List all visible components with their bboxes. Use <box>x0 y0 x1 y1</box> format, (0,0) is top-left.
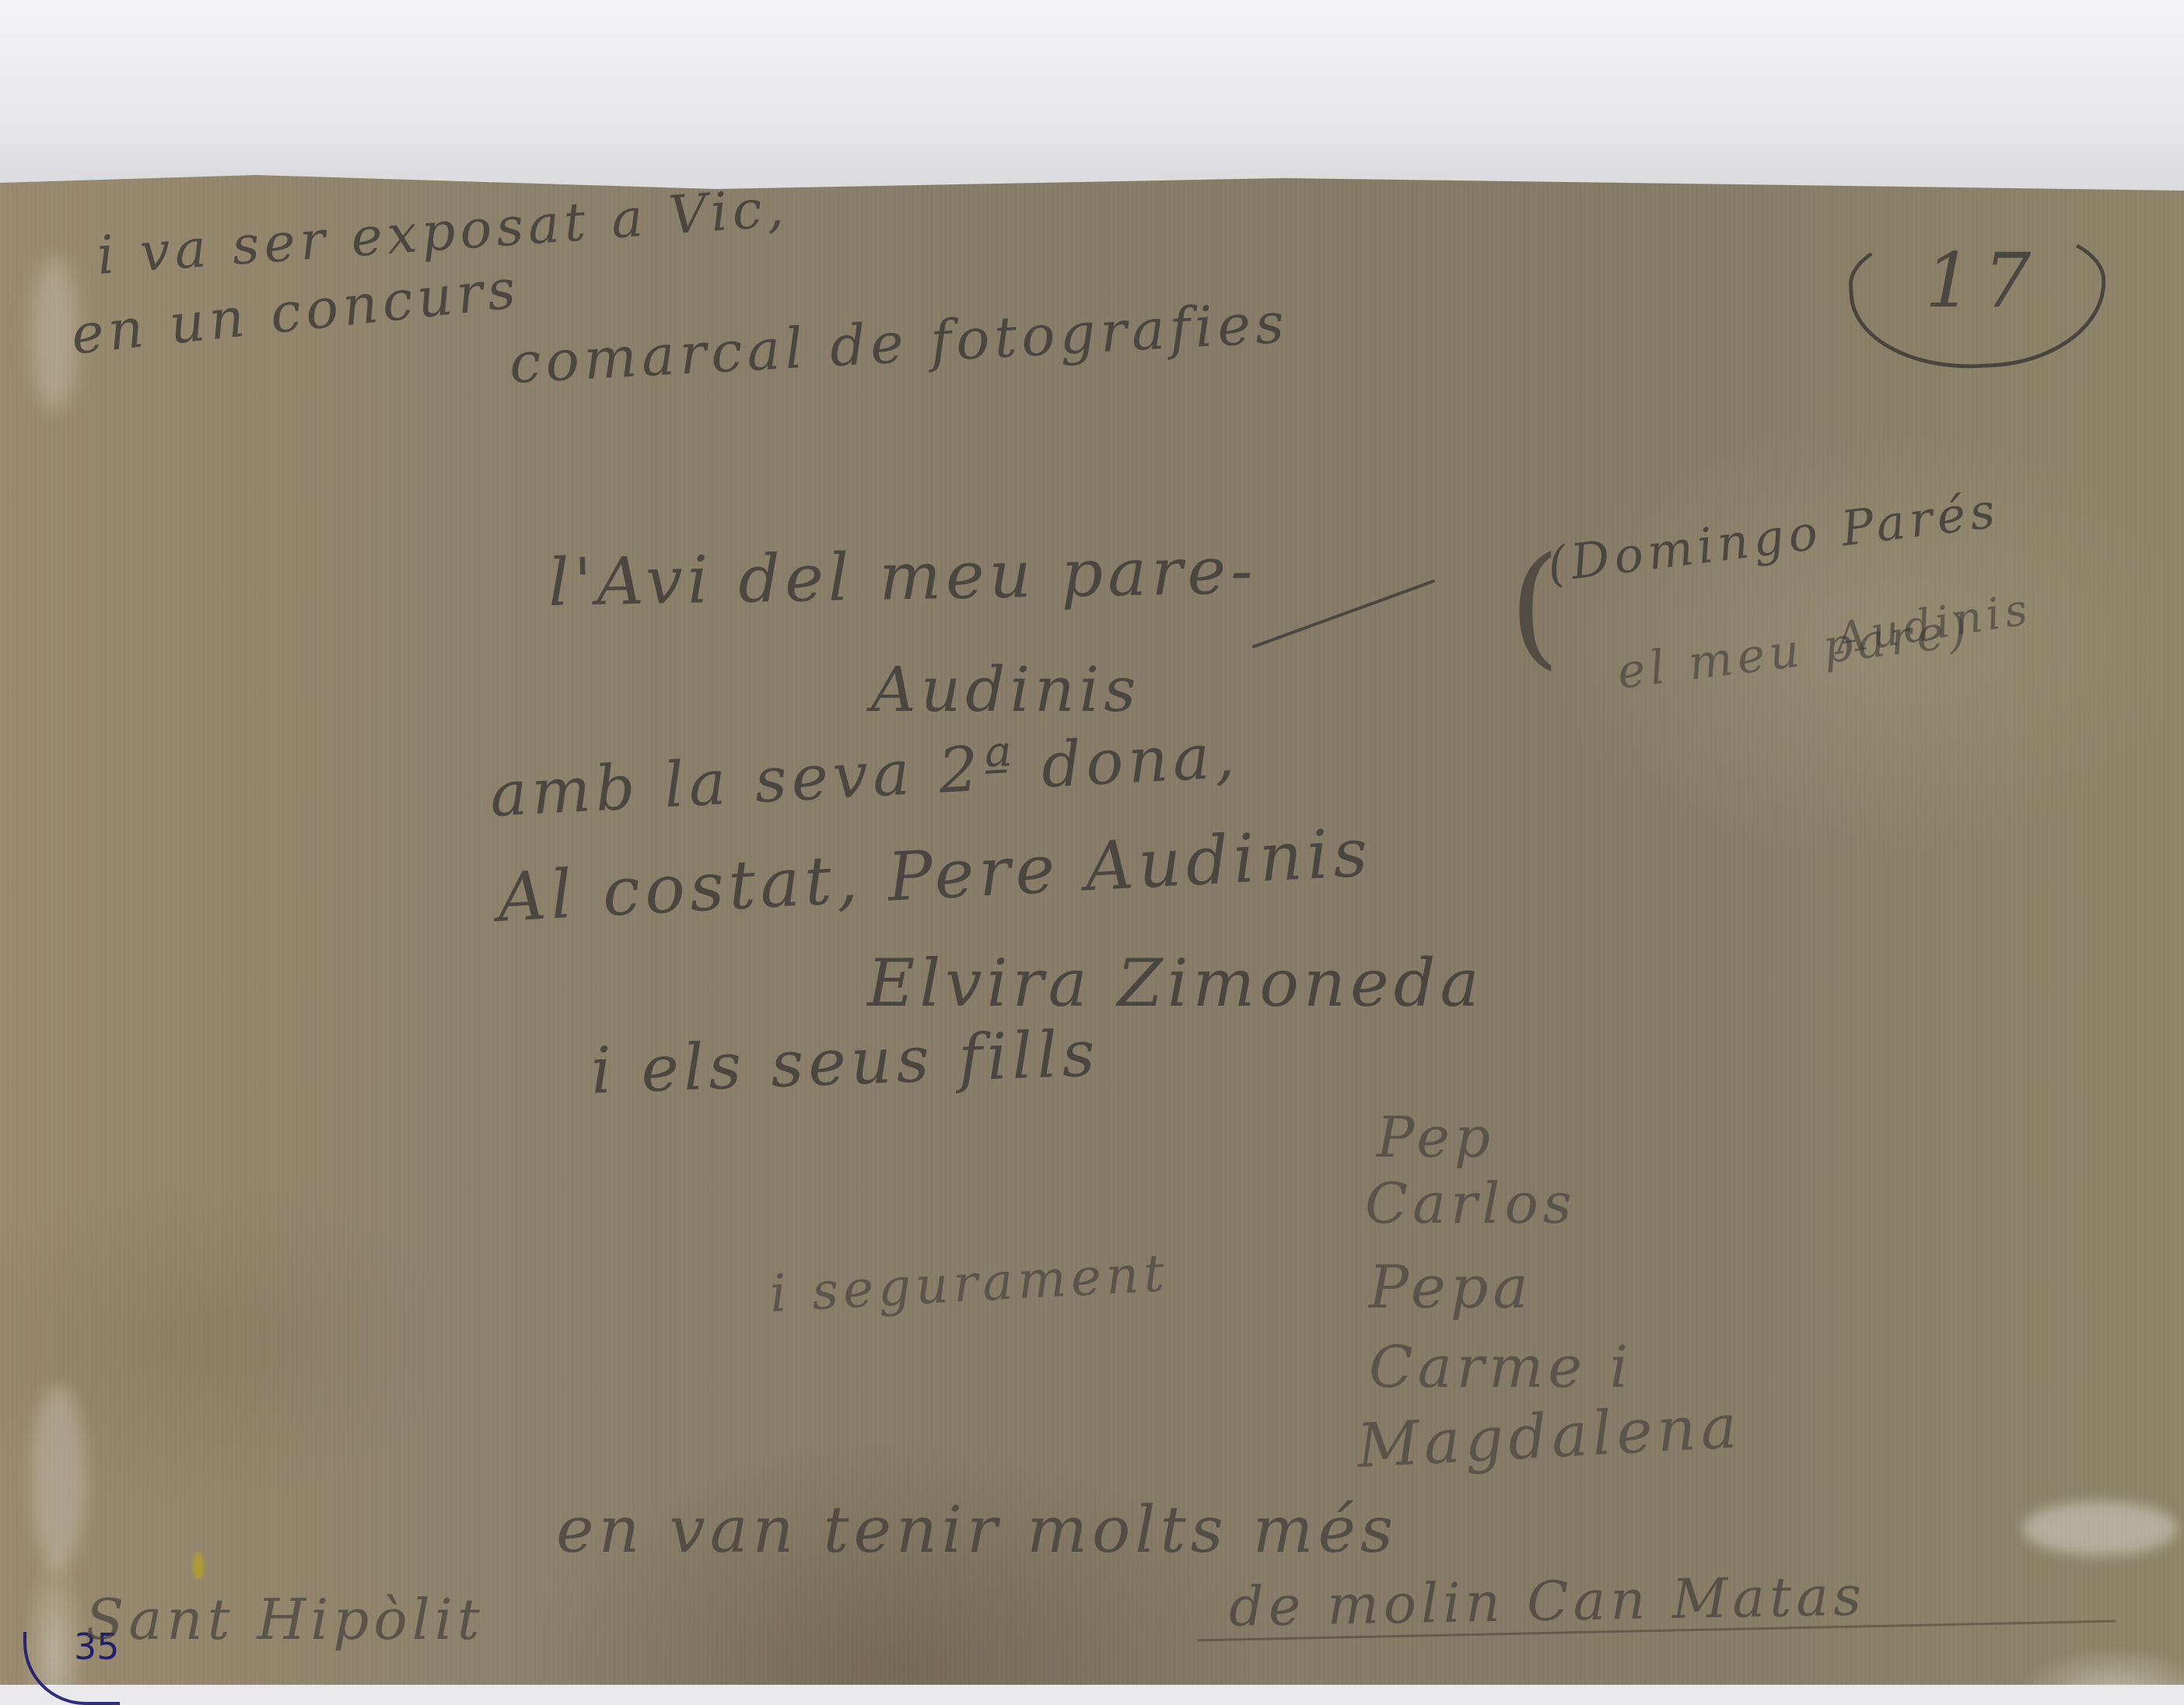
note-line-sant-hipolit: Sant Hipòlit <box>86 1587 485 1652</box>
note-line-avi-del-meu-pare: l'Avi del meu pare- <box>548 532 1258 621</box>
child-name: Pepa <box>1369 1252 1533 1322</box>
child-name: Carme i <box>1369 1334 1633 1401</box>
child-name: Pep <box>1377 1105 1495 1170</box>
note-line-audinis: Audinis <box>871 653 1140 726</box>
photo-back-paper <box>0 175 2184 1685</box>
child-name: Carlos <box>1365 1171 1577 1236</box>
note-line-elvira-zimoneda: Elvira Zimoneda <box>867 945 1484 1021</box>
page-number: 17 <box>1925 237 2042 324</box>
note-line-molts-mes: en van tenir molts més <box>556 1493 1398 1567</box>
